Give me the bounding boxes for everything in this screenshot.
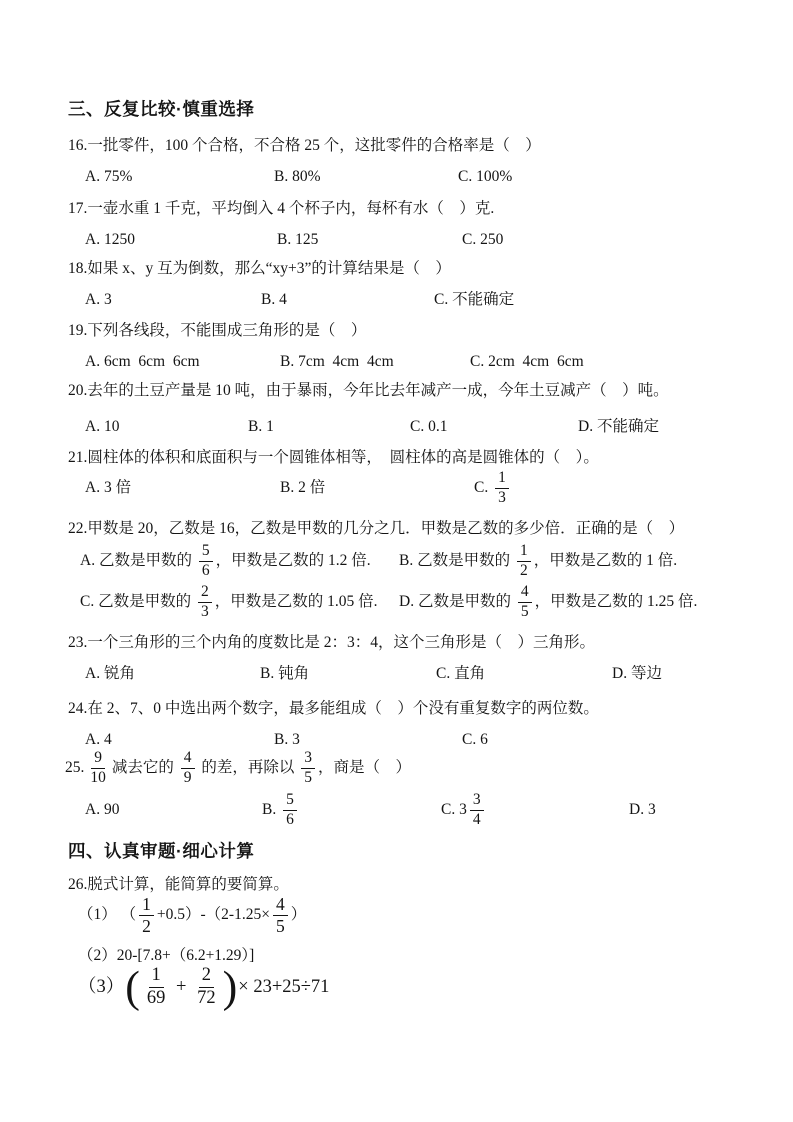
text-run: 16.一批零件，100 个合格，不合格 25 个，这批零件的合格率是（ ） — [68, 136, 541, 156]
question-25-option-c: C. 334 — [441, 790, 487, 830]
text-run: D. 不能确定 — [578, 417, 659, 437]
text-run: ，甲数是乙数的 1.05 倍. — [215, 592, 378, 612]
text-run: D. 等边 — [612, 664, 662, 684]
text-run: C. 6 — [462, 730, 488, 750]
text-run: B. — [262, 800, 280, 820]
text-run: ，甲数是乙数的 1.25 倍. — [535, 592, 698, 612]
question-26-part-3: （3）(169 + 272)× 23+25÷71 — [78, 963, 329, 1011]
text-run: B. 钝角 — [260, 664, 309, 684]
text-run: C. 乙数是甲数的 — [80, 592, 195, 612]
text-run: C. 2cm 4cm 6cm — [470, 352, 584, 372]
question-20-option-c: C. 0.1 — [410, 417, 447, 437]
fraction: 45 — [518, 584, 532, 621]
text-run: C. 不能确定 — [434, 290, 514, 310]
question-16-option-c: C. 100% — [458, 167, 512, 187]
text-run: A. 乙数是甲数的 — [80, 551, 196, 571]
fraction: 56 — [199, 543, 213, 580]
text-run: 减去它的 — [112, 758, 178, 778]
text-run: 21.圆柱体的体积和底面积与一个圆锥体相等， 圆柱体的高是圆锥体的（ ）。 — [68, 448, 599, 468]
question-20-stem: 20.去年的土豆产量是 10 吨，由于暴雨，今年比去年减产一成，今年土豆减产（ … — [68, 381, 669, 401]
text-run: 22.甲数是 20，乙数是 16，乙数是甲数的几分之几．甲数是乙数的多少倍．正确… — [68, 519, 684, 539]
question-18-stem: 18.如果 x、y 互为倒数，那么“xy+3”的计算结果是（ ） — [68, 259, 451, 279]
text-run: B. 4 — [261, 290, 287, 310]
question-25-option-b: B. 56 — [262, 790, 300, 830]
text-run: A. 锐角 — [85, 664, 135, 684]
text-run: 23.一个三角形的三个内角的度数比是 2：3：4，这个三角形是（ ）三角形。 — [68, 633, 595, 653]
fraction: 13 — [495, 470, 509, 507]
text-run: × 23+25÷71 — [238, 977, 329, 997]
text-run: ） — [291, 905, 307, 925]
text-run: 17.一壶水重 1 千克，平均倒入 4 个杯子内，每杯有水（ ）克. — [68, 199, 494, 219]
text-run: C. 100% — [458, 167, 512, 187]
text-run: +0.5）-（2-1.25× — [157, 905, 270, 925]
text-run: A. 1250 — [85, 230, 135, 250]
fraction: 12 — [517, 543, 531, 580]
question-22-option-b: B. 乙数是甲数的 12，甲数是乙数的 1 倍. — [399, 541, 677, 581]
exam-page: 三、反复比较·慎重选择 16.一批零件，100 个合格，不合格 25 个，这批零… — [0, 0, 793, 1122]
text-run: A. 3 倍 — [85, 478, 131, 498]
question-17-stem: 17.一壶水重 1 千克，平均倒入 4 个杯子内，每杯有水（ ）克. — [68, 199, 494, 219]
fraction: 34 — [470, 792, 484, 829]
question-16-option-a: A. 75% — [85, 167, 132, 187]
text-run: B. 2 倍 — [280, 478, 325, 498]
question-24-option-a: A. 4 — [85, 730, 112, 750]
question-16-stem: 16.一批零件，100 个合格，不合格 25 个，这批零件的合格率是（ ） — [68, 136, 541, 156]
section-three-title: 三、反复比较·慎重选择 — [68, 99, 254, 119]
question-23-option-b: B. 钝角 — [260, 664, 309, 684]
text-run: ，甲数是乙数的 1.2 倍. — [216, 551, 371, 571]
question-24-option-b: B. 3 — [274, 730, 300, 750]
text-run: ，商是（ ） — [318, 758, 411, 778]
text-run: B. 乙数是甲数的 — [399, 551, 514, 571]
question-21-option-c: C. 13 — [474, 468, 512, 508]
question-22-option-a: A. 乙数是甲数的 56，甲数是乙数的 1.2 倍. — [80, 541, 371, 581]
fraction: 23 — [198, 584, 212, 621]
text-run: B. 3 — [274, 730, 300, 750]
question-20-option-d: D. 不能确定 — [578, 417, 659, 437]
text-run: ，甲数是乙数的 1 倍. — [534, 551, 677, 571]
question-19-option-b: B. 7cm 4cm 4cm — [280, 352, 394, 372]
text-run: + — [171, 977, 191, 997]
question-18-option-b: B. 4 — [261, 290, 287, 310]
question-21-option-a: A. 3 倍 — [85, 468, 131, 508]
question-26-part-1: （1） （12+0.5）-（2-1.25×45） — [78, 893, 306, 937]
fraction: 910 — [87, 750, 109, 787]
question-19-stem: 19.下列各线段，不能围成三角形的是（ ） — [68, 321, 366, 341]
section-four-title: 四、认真审题·细心计算 — [68, 841, 254, 861]
question-25-stem: 25.910减去它的 49 的差，再除以 35，商是（ ） — [65, 748, 411, 788]
text-run: （3） — [78, 977, 124, 997]
question-24-option-c: C. 6 — [462, 730, 488, 750]
question-17-option-a: A. 1250 — [85, 230, 135, 250]
question-24-stem: 24.在 2、7、0 中选出两个数字，最多能组成（ ）个没有重复数字的两位数。 — [68, 699, 599, 719]
fraction: 49 — [181, 750, 195, 787]
text-run: D. 乙数是甲数的 — [399, 592, 515, 612]
text-run: （1） （ — [78, 905, 136, 925]
big-paren: ) — [223, 967, 238, 1007]
question-23-option-d: D. 等边 — [612, 664, 662, 684]
text-run: 26.脱式计算，能简算的要简算。 — [68, 875, 289, 895]
question-23-stem: 23.一个三角形的三个内角的度数比是 2：3：4，这个三角形是（ ）三角形。 — [68, 633, 595, 653]
text-run: 24.在 2、7、0 中选出两个数字，最多能组成（ ）个没有重复数字的两位数。 — [68, 699, 599, 719]
question-22-stem: 22.甲数是 20，乙数是 16，乙数是甲数的几分之几．甲数是乙数的多少倍．正确… — [68, 519, 684, 539]
fraction: 272 — [194, 966, 219, 1009]
text-run: A. 75% — [85, 167, 132, 187]
question-22-option-d: D. 乙数是甲数的 45，甲数是乙数的 1.25 倍. — [399, 582, 697, 622]
text-run: C. 250 — [462, 230, 503, 250]
text-run: 的差，再除以 — [198, 758, 299, 778]
question-22-option-c: C. 乙数是甲数的 23，甲数是乙数的 1.05 倍. — [80, 582, 377, 622]
fraction: 169 — [144, 966, 169, 1009]
question-21-stem: 21.圆柱体的体积和底面积与一个圆锥体相等， 圆柱体的高是圆锥体的（ ）。 — [68, 448, 599, 468]
text-run: 25. — [65, 758, 84, 778]
text-run: A. 10 — [85, 417, 119, 437]
fraction: 56 — [283, 792, 297, 829]
question-18-option-c: C. 不能确定 — [434, 290, 514, 310]
text-run: C. — [474, 478, 492, 498]
question-20-option-a: A. 10 — [85, 417, 119, 437]
fraction: 12 — [139, 895, 154, 936]
text-run: C. 直角 — [436, 664, 485, 684]
text-run: B. 1 — [248, 417, 274, 437]
big-paren: ( — [125, 967, 140, 1007]
text-run: 20.去年的土豆产量是 10 吨，由于暴雨，今年比去年减产一成，今年土豆减产（ … — [68, 381, 669, 401]
fraction: 45 — [273, 895, 288, 936]
text-run: B. 7cm 4cm 4cm — [280, 352, 394, 372]
question-17-option-b: B. 125 — [277, 230, 318, 250]
text-run: A. 4 — [85, 730, 112, 750]
text-run: C. 0.1 — [410, 417, 447, 437]
question-18-option-a: A. 3 — [85, 290, 112, 310]
text-run: B. 125 — [277, 230, 318, 250]
fraction: 35 — [301, 750, 315, 787]
text-run: B. 80% — [274, 167, 321, 187]
question-21-option-b: B. 2 倍 — [280, 468, 325, 508]
text-run: C. 3 — [441, 800, 467, 820]
text-run: 18.如果 x、y 互为倒数，那么“xy+3”的计算结果是（ ） — [68, 259, 451, 279]
text-run: D. 3 — [629, 800, 656, 820]
question-16-option-b: B. 80% — [274, 167, 321, 187]
question-19-option-c: C. 2cm 4cm 6cm — [470, 352, 584, 372]
question-19-option-a: A. 6cm 6cm 6cm — [85, 352, 200, 372]
question-23-option-c: C. 直角 — [436, 664, 485, 684]
question-25-option-a: A. 90 — [85, 790, 119, 830]
question-23-option-a: A. 锐角 — [85, 664, 135, 684]
question-17-option-c: C. 250 — [462, 230, 503, 250]
text-run: 19.下列各线段，不能围成三角形的是（ ） — [68, 321, 366, 341]
question-26-stem: 26.脱式计算，能简算的要简算。 — [68, 875, 289, 895]
text-run: A. 90 — [85, 800, 119, 820]
question-25-option-d: D. 3 — [629, 790, 656, 830]
question-20-option-b: B. 1 — [248, 417, 274, 437]
text-run: A. 3 — [85, 290, 112, 310]
text-run: A. 6cm 6cm 6cm — [85, 352, 200, 372]
